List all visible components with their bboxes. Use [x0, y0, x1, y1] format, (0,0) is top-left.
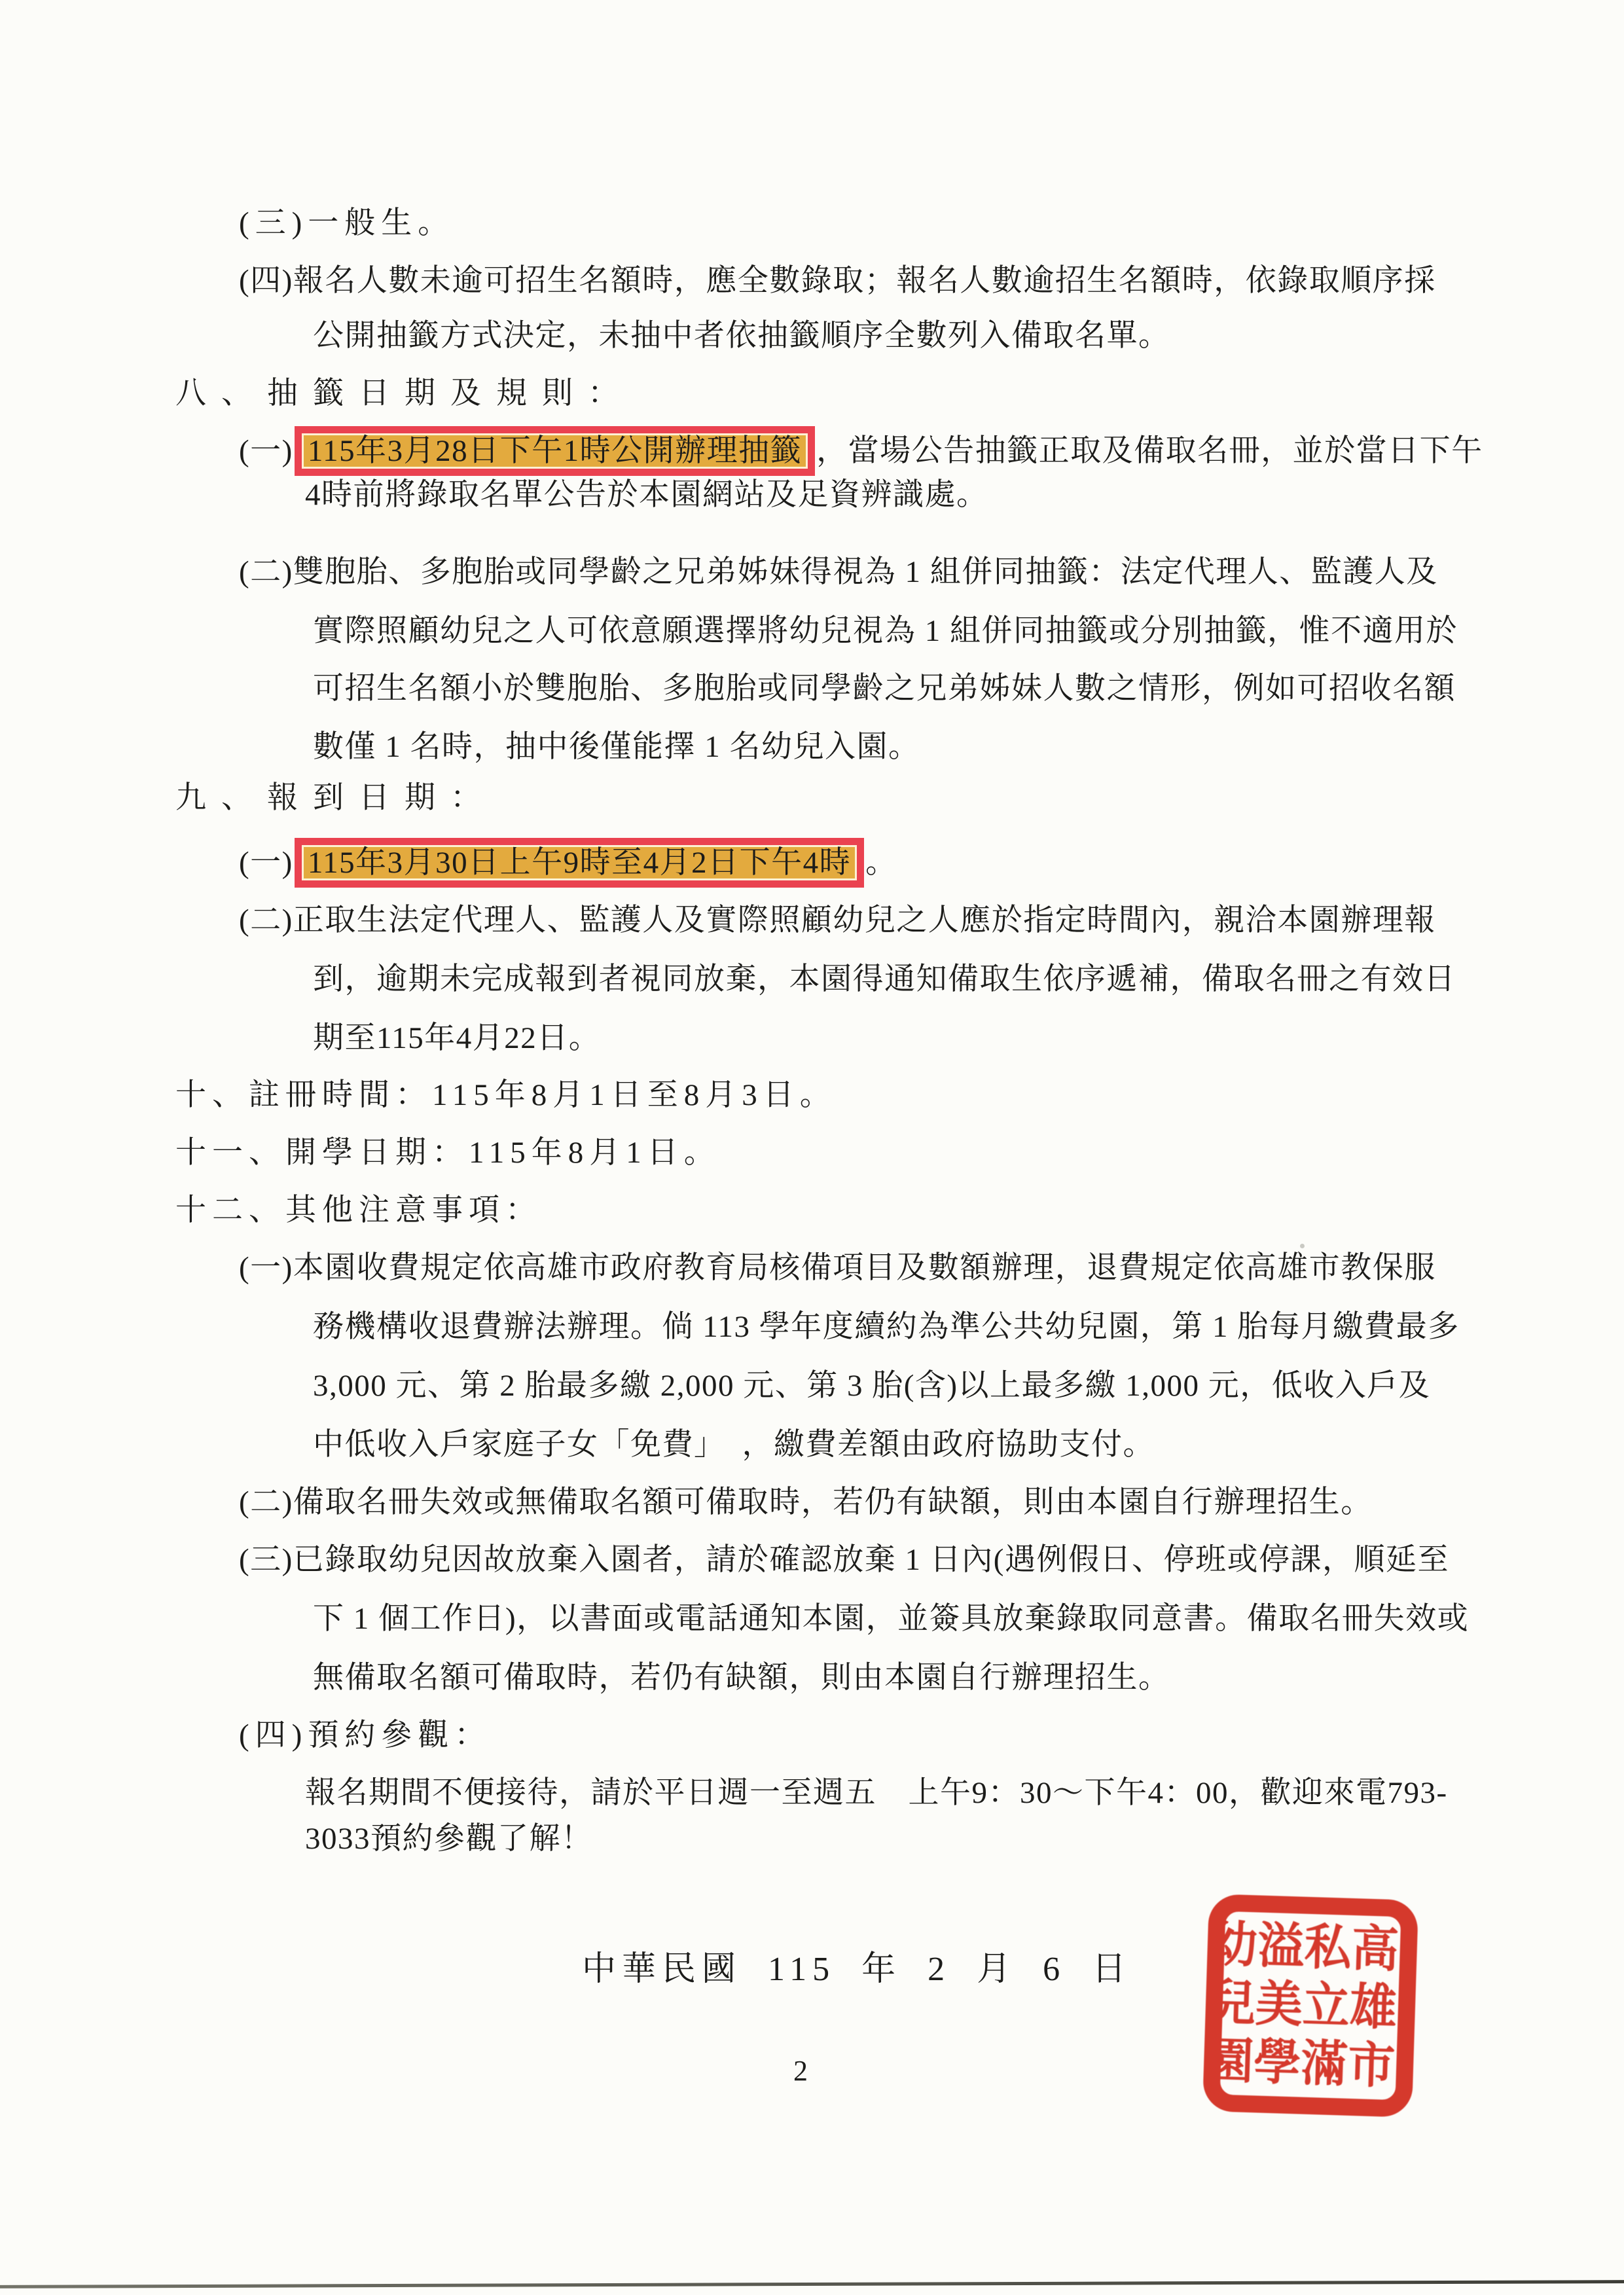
page-number: 2 — [793, 2054, 808, 2087]
text-segment: (二)雙胞胎、多胞胎或同學齡之兄弟姊妹得視為 1 組併同抽籤：法定代理人、監護人… — [239, 555, 1438, 589]
text-segment: (一) — [239, 846, 293, 880]
text-line: 到，逾期未完成報到者視同放棄，本園得通知備取生依序遞補，備取名冊之有效日 — [313, 960, 1456, 998]
text-segment: 報名期間不便接待，請於平日週一至週五 上午9：30～下午4：00，歡迎來電793… — [305, 1776, 1448, 1810]
text-segment: 十、註冊時間：115年8月1日至8月3日。 — [175, 1078, 837, 1112]
text-segment: (二)備取名冊失效或無備取名額可備取時，若仍有缺額，則由本園自行辦理招生。 — [239, 1485, 1373, 1519]
text-segment: 務機構收退費辦法辦理。倘 113 學年度續約為準公共幼兒園，第 1 胎每月繳費最… — [313, 1310, 1460, 1344]
text-segment: (三)一般生。 — [239, 206, 454, 240]
text-line: (二)備取名冊失效或無備取名額可備取時，若仍有缺額，則由本園自行辦理招生。 — [239, 1483, 1373, 1521]
seal-character: 美 — [1255, 1979, 1303, 2030]
text-line: 報名期間不便接待，請於平日週一至週五 上午9：30～下午4：00，歡迎來電793… — [305, 1774, 1448, 1812]
text-segment: 3033預約參觀了解！ — [305, 1822, 593, 1856]
scanned-document-page: (三)一般生。(四)報名人數未逾可招生名額時，應全數錄取；報名人數逾招生名額時，… — [0, 0, 1624, 2295]
text-segment: (一)本園收費規定依高雄市政府教育局核備項目及數額辦理，退費規定依高雄市教保服 — [239, 1251, 1436, 1285]
text-line: 十二、其他注意事項： — [175, 1191, 542, 1229]
text-segment: 十二、其他注意事項： — [175, 1193, 542, 1227]
text-line: (三)一般生。 — [239, 204, 454, 242]
text-segment: 期至115年4月22日。 — [313, 1021, 600, 1055]
text-segment: 無備取名額可備取時，若仍有缺額，則由本園自行辦理招生。 — [313, 1661, 1170, 1695]
seal-character: 立 — [1302, 1981, 1350, 2031]
text-line: 下 1 個工作日)，以書面或電話通知本園，並簽具放棄錄取同意書。備取名冊失效或 — [313, 1600, 1469, 1638]
text-segment: 八、抽籤日期及規則： — [175, 376, 634, 410]
text-segment: 中低收入戶家庭子女「免費」 ，繳費差額由政府協助支付。 — [313, 1428, 1155, 1462]
scan-edge-line — [0, 2280, 1624, 2288]
text-segment: 十一、開學日期：115年8月1日。 — [175, 1136, 721, 1170]
text-segment: (四)預約參觀： — [239, 1718, 491, 1752]
text-line: 無備取名額可備取時，若仍有缺額，則由本園自行辦理招生。 — [313, 1659, 1170, 1697]
text-segment: 公開抽籤方式決定，未抽中者依抽籤順序全數列入備取名單。 — [313, 319, 1170, 353]
seal-character: 園 — [1206, 2036, 1254, 2087]
text-segment: 。 — [865, 846, 897, 880]
text-line: 八、抽籤日期及規則： — [175, 374, 634, 412]
highlighted-text: 115年3月30日上午9時至4月2日下午4時 — [295, 838, 864, 888]
seal-character: 滿 — [1300, 2039, 1348, 2089]
text-line: (三)已錄取幼兒因故放棄入園者，請於確認放棄 1 日內(遇例假日、停班或停課，順… — [239, 1541, 1449, 1579]
text-segment: 九、報到日期： — [175, 781, 496, 815]
text-line: 期至115年4月22日。 — [313, 1019, 600, 1057]
text-segment: 4時前將錄取名單公告於本園網站及足資辨識處。 — [305, 478, 988, 512]
scan-speck — [1300, 1244, 1305, 1248]
text-line: 數僅 1 名時，抽中後僅能擇 1 名幼兒入園。 — [313, 728, 920, 766]
text-line: (四)報名人數未逾可招生名額時，應全數錄取；報名人數逾招生名額時，依錄取順序採 — [239, 262, 1436, 300]
text-line: 十一、開學日期：115年8月1日。 — [175, 1134, 721, 1172]
text-segment: (三)已錄取幼兒因故放棄入園者，請於確認放棄 1 日內(遇例假日、停班或停課，順… — [239, 1543, 1449, 1577]
text-line: 3033預約參觀了解！ — [305, 1820, 593, 1858]
text-segment: 3,000 元、第 2 胎最多繳 2,000 元、第 3 胎(含)以上最多繳 1… — [313, 1369, 1430, 1403]
official-seal: 高雄市私立滿溢美學幼兒園 — [1202, 1894, 1418, 2118]
highlighted-text: 115年3月28日下午1時公開辦理抽籤 — [295, 426, 815, 476]
seal-character: 市 — [1347, 2041, 1396, 2091]
text-line: (二)雙胞胎、多胞胎或同學齡之兄弟姊妹得視為 1 組併同抽籤：法定代理人、監護人… — [239, 553, 1438, 591]
seal-character: 雄 — [1349, 1982, 1398, 2033]
text-line: 實際照顧幼兒之人可依意願選擇將幼兒視為 1 組併同抽籤或分別抽籤，惟不適用於 — [313, 612, 1458, 650]
text-line: 公開抽籤方式決定，未抽中者依抽籤順序全數列入備取名單。 — [313, 317, 1170, 355]
text-segment: (一) — [239, 434, 293, 468]
text-line: (二)正取生法定代理人、監護人及實際照顧幼兒之人應於指定時間內，親洽本園辦理報 — [239, 901, 1436, 939]
text-segment: (四)報名人數未逾可招生名額時，應全數錄取；報名人數逾招生名額時，依錄取順序採 — [239, 264, 1436, 298]
text-line: (四)預約參觀： — [239, 1716, 491, 1754]
seal-character: 幼 — [1210, 1919, 1258, 1970]
text-line: 務機構收退費辦法辦理。倘 113 學年度續約為準公共幼兒園，第 1 胎每月繳費最… — [313, 1308, 1460, 1346]
text-segment: 到，逾期未完成報到者視同放棄，本園得通知備取生依序遞補，備取名冊之有效日 — [313, 962, 1456, 996]
text-segment: (二)正取生法定代理人、監護人及實際照顧幼兒之人應於指定時間內，親洽本園辦理報 — [239, 903, 1436, 937]
text-line: 中低收入戶家庭子女「免費」 ，繳費差額由政府協助支付。 — [313, 1426, 1155, 1464]
text-line: 可招生名額小於雙胞胎、多胞胎或同學齡之兄弟姊妹人數之情形，例如可招收名額 — [313, 670, 1456, 708]
text-segment: 可招生名額小於雙胞胎、多胞胎或同學齡之兄弟姊妹人數之情形，例如可招收名額 — [313, 672, 1456, 706]
text-line: (一)本園收費規定依高雄市政府教育局核備項目及數額辦理，退費規定依高雄市教保服 — [239, 1249, 1436, 1287]
text-line: 十、註冊時間：115年8月1日至8月3日。 — [175, 1076, 837, 1114]
text-line: (一)115年3月28日下午1時公開辦理抽籤，當場公告抽籤正取及備取名冊，並於當… — [239, 432, 1483, 470]
seal-character: 學 — [1253, 2038, 1301, 2088]
seal-character: 兒 — [1208, 1978, 1256, 2029]
seal-character: 溢 — [1257, 1921, 1305, 1972]
text-line: 九、報到日期： — [175, 779, 496, 817]
text-line: 3,000 元、第 2 胎最多繳 2,000 元、第 3 胎(含)以上最多繳 1… — [313, 1367, 1430, 1405]
text-segment: 實際照顧幼兒之人可依意願選擇將幼兒視為 1 組併同抽籤或分別抽籤，惟不適用於 — [313, 614, 1458, 648]
roc-date-line: 中華民國 115 年 2 月 6 日 — [582, 1951, 1132, 1989]
text-segment: ，當場公告抽籤正取及備取名冊，並於當日下午 — [816, 434, 1483, 468]
seal-character: 高 — [1351, 1924, 1399, 1974]
text-segment: 下 1 個工作日)，以書面或電話通知本園，並簽具放棄錄取同意書。備取名冊失效或 — [313, 1602, 1469, 1636]
text-line: (一)115年3月30日上午9時至4月2日下午4時。 — [239, 844, 897, 882]
seal-character: 私 — [1304, 1923, 1352, 1973]
text-line: 4時前將錄取名單公告於本園網站及足資辨識處。 — [305, 476, 988, 514]
text-segment: 數僅 1 名時，抽中後僅能擇 1 名幼兒入園。 — [313, 730, 920, 764]
